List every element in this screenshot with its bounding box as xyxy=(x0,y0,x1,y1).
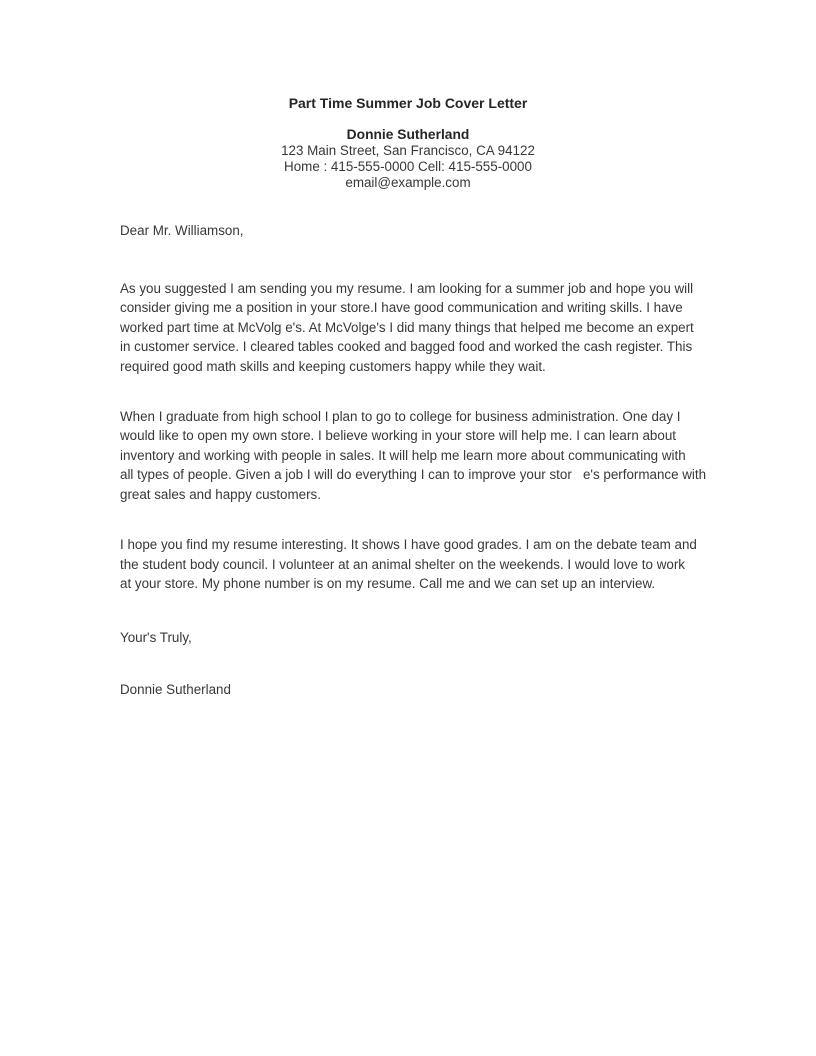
salutation: Dear Mr. Williamson, xyxy=(120,221,756,240)
sender-header: Donnie Sutherland 123 Main Street, San F… xyxy=(120,127,696,191)
sender-phones: Home : 415-555-0000 Cell: 415-555-0000 xyxy=(120,159,696,175)
document-title: Part Time Summer Job Cover Letter xyxy=(120,95,696,111)
body-paragraph: When I graduate from high school I plan … xyxy=(120,407,756,504)
body-paragraph: I hope you find my resume interesting. I… xyxy=(120,535,756,593)
cover-letter-page: Part Time Summer Job Cover Letter Donnie… xyxy=(0,0,816,1056)
sender-email: email@example.com xyxy=(120,175,696,191)
closing: Your's Truly, xyxy=(120,628,756,647)
body-paragraph: As you suggested I am sending you my res… xyxy=(120,279,756,376)
signature-name: Donnie Sutherland xyxy=(120,680,756,699)
sender-name: Donnie Sutherland xyxy=(120,127,696,143)
letter-body: Dear Mr. Williamson, As you suggested I … xyxy=(120,221,756,700)
sender-address: 123 Main Street, San Francisco, CA 94122 xyxy=(120,143,696,159)
